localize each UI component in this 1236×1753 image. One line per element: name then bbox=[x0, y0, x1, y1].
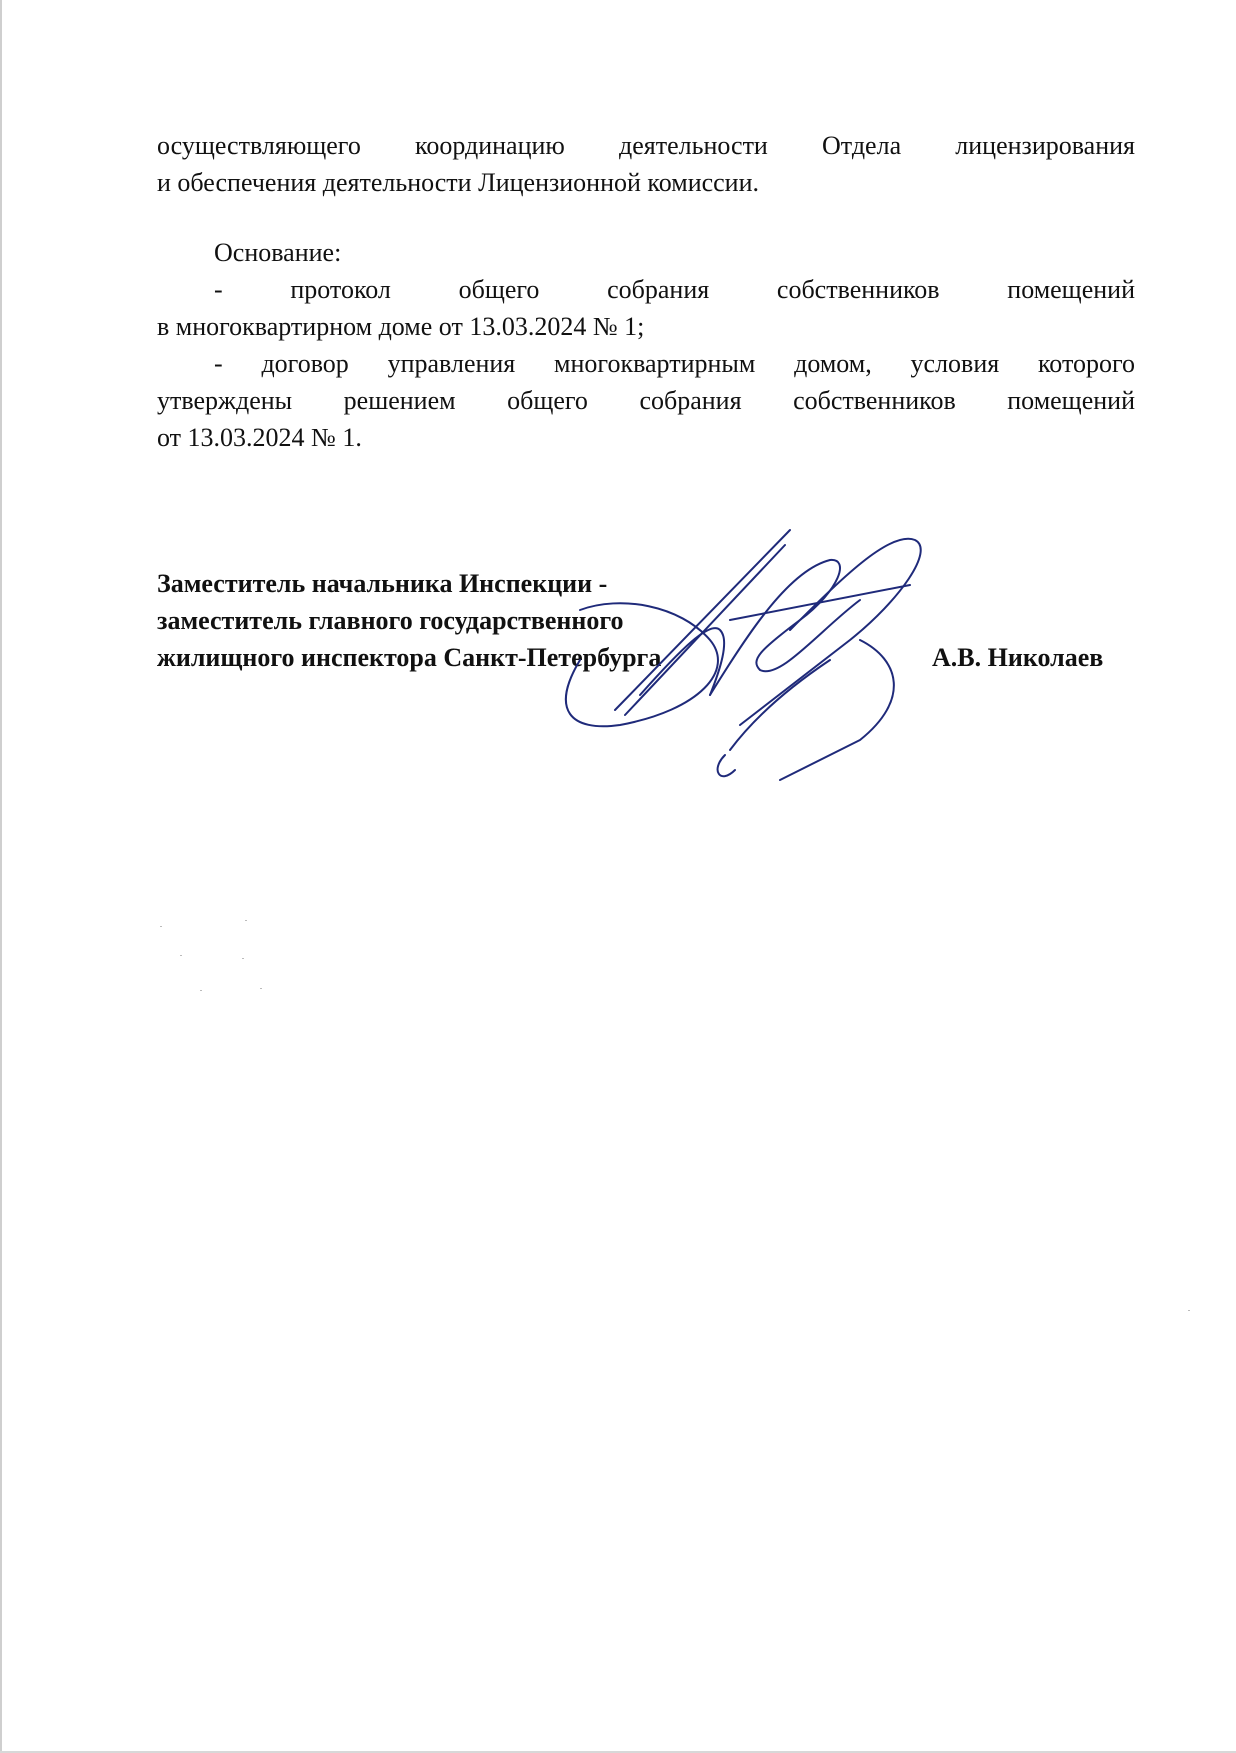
scan-speck bbox=[242, 958, 244, 959]
scan-speck bbox=[160, 926, 162, 927]
basis-item-2-line: - договор управления многоквартирным дом… bbox=[157, 345, 1135, 382]
scan-left-edge bbox=[0, 0, 2, 1753]
text-line: осуществляющего координацию деятельности… bbox=[157, 127, 1135, 164]
basis-item-2-line: от 13.03.2024 № 1. bbox=[157, 419, 1135, 456]
scan-speck bbox=[180, 955, 182, 956]
text-line: и обеспечения деятельности Лицензионной … bbox=[157, 164, 1135, 201]
scan-speck bbox=[200, 990, 202, 991]
basis-item-1-line: в многоквартирном доме от 13.03.2024 № 1… bbox=[157, 308, 1135, 345]
scan-speck bbox=[260, 988, 262, 989]
document-page: осуществляющего координацию деятельности… bbox=[0, 0, 1236, 1753]
scan-speck bbox=[245, 920, 247, 921]
scan-speck bbox=[1188, 1310, 1190, 1311]
basis-item-2-line: утверждены решением общего собрания собс… bbox=[157, 382, 1135, 419]
basis-item-1-line: - протокол общего собрания собственников… bbox=[157, 271, 1135, 308]
basis-heading: Основание: bbox=[157, 234, 1135, 271]
basis-section: Основание: - протокол общего собрания со… bbox=[157, 234, 1135, 456]
signatory-name: А.В. Николаев bbox=[932, 639, 1103, 676]
handwritten-signature-icon bbox=[560, 510, 980, 800]
paragraph-continuation: осуществляющего координацию деятельности… bbox=[157, 127, 1135, 201]
